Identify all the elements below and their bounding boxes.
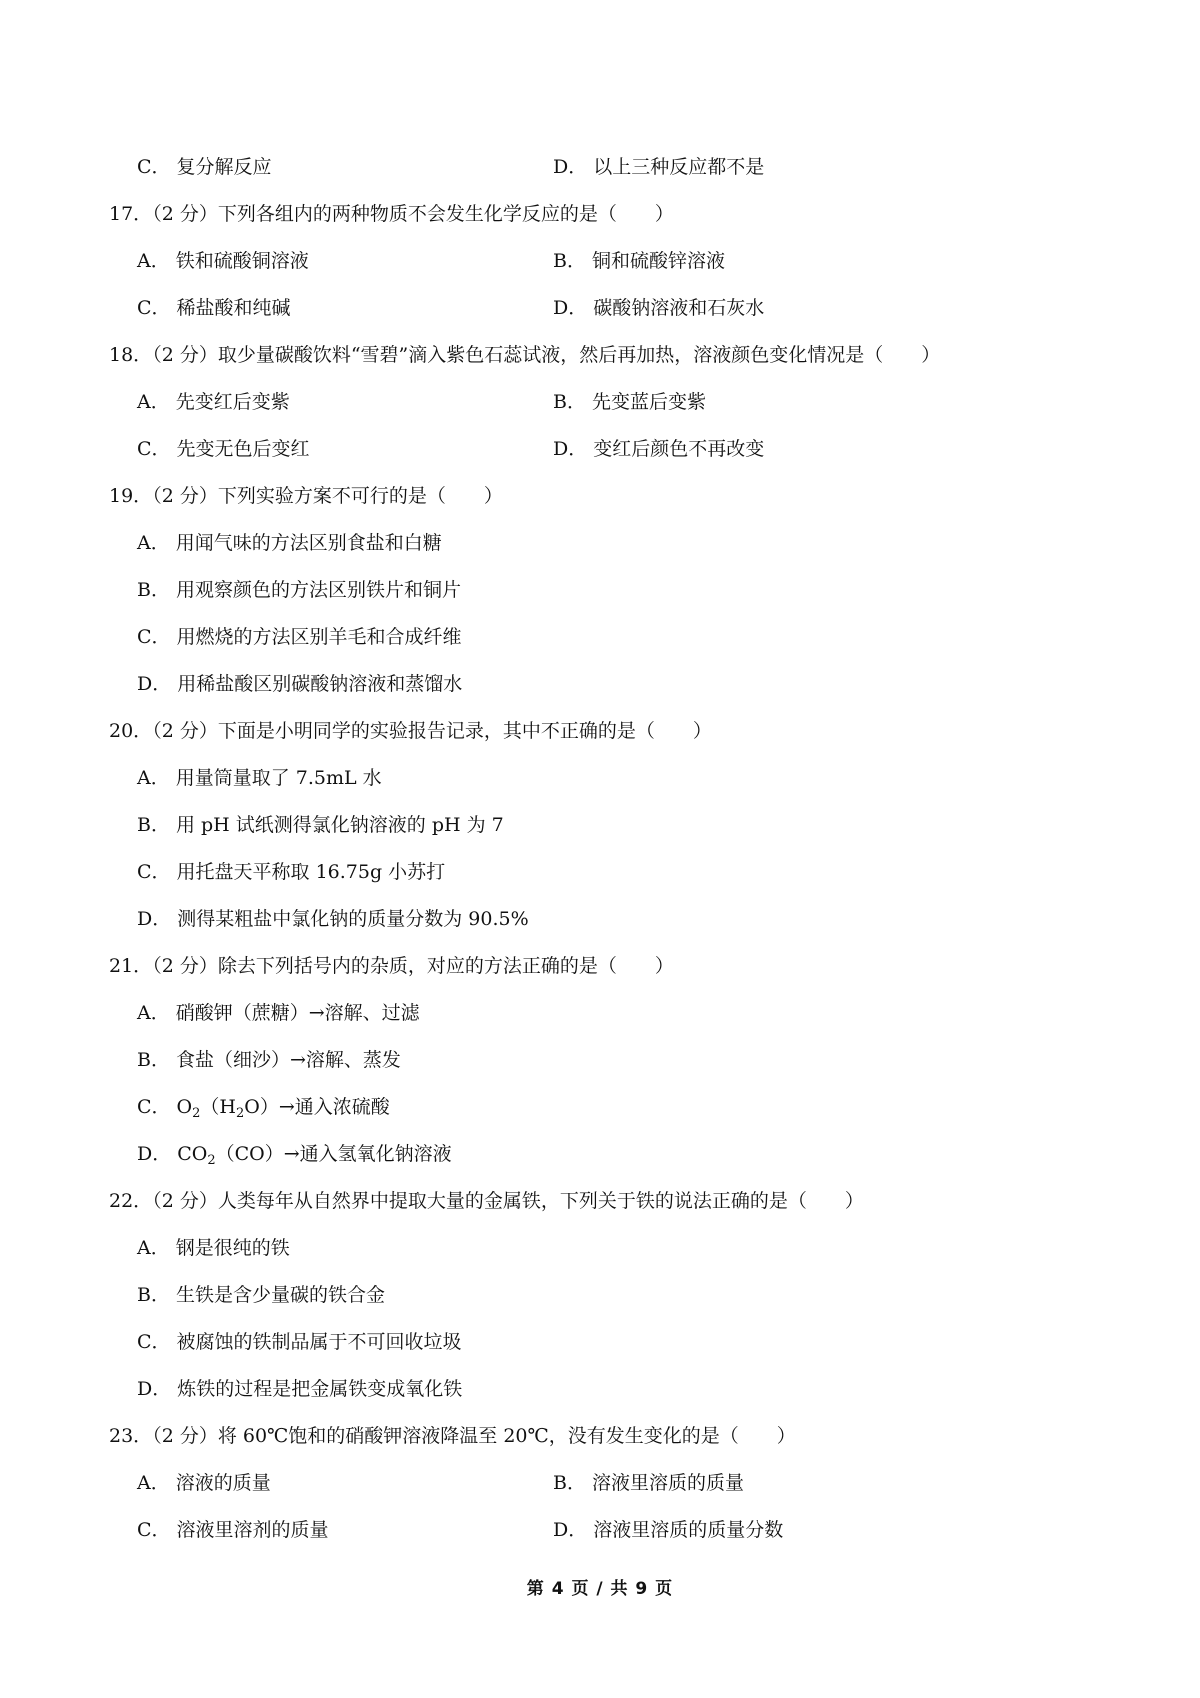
option-text: 溶液里溶质的质量 xyxy=(592,1472,744,1494)
option-text: O）→通入浓硫酸 xyxy=(244,1096,390,1118)
question-points: （2 分） xyxy=(152,203,218,225)
option-text: 用 pH 试纸测得氯化钠溶液的 pH 为 7 xyxy=(176,814,504,836)
option-letter: D． xyxy=(137,1142,171,1166)
option-letter: A． xyxy=(137,766,170,790)
question-19-option-a: A．用闻气味的方法区别食盐和白糖 xyxy=(137,531,442,555)
question-text: 除去下列括号内的杂质，对应的方法正确的是（ ） xyxy=(218,955,674,977)
page-number-label: 第 4 页 / 共 9 页 xyxy=(527,1579,673,1599)
question-19-stem: 19．（2 分）下列实验方案不可行的是（ ） xyxy=(109,484,503,508)
question-19-option-d: D．用稀盐酸区别碳酸钠溶液和蒸馏水 xyxy=(137,672,462,696)
question-17-stem: 17．（2 分）下列各组内的两种物质不会发生化学反应的是（ ） xyxy=(109,202,674,226)
subscript: 2 xyxy=(207,1153,215,1168)
question-19-option-c: C．用燃烧的方法区别羊毛和合成纤维 xyxy=(137,625,462,649)
question-text: 人类每年从自然界中提取大量的金属铁，下列关于铁的说法正确的是（ ） xyxy=(218,1190,864,1212)
option-letter: B． xyxy=(553,249,586,273)
option-text: 用观察颜色的方法区别铁片和铜片 xyxy=(176,579,461,601)
question-22-option-a: A．钢是很纯的铁 xyxy=(137,1236,290,1260)
question-23-option-b: B．溶液里溶质的质量 xyxy=(553,1471,744,1495)
question-text: 下面是小明同学的实验报告记录，其中不正确的是（ ） xyxy=(218,720,712,742)
option-text: 测得某粗盐中氯化钠的质量分数为 90.5% xyxy=(177,908,528,930)
option-text: 硝酸钾（蔗糖）→溶解、过滤 xyxy=(176,1002,420,1024)
option-letter: D． xyxy=(137,672,171,696)
option-letter: C． xyxy=(137,437,171,461)
question-18-option-c: C．先变无色后变红 xyxy=(137,437,310,461)
question-points: （2 分） xyxy=(152,955,218,977)
option-letter: C． xyxy=(137,1330,171,1354)
exam-page: C．复分解反应 D．以上三种反应都不是 17．（2 分）下列各组内的两种物质不会… xyxy=(0,0,1200,1698)
option-text: 生铁是含少量碳的铁合金 xyxy=(176,1284,385,1306)
question-points: （2 分） xyxy=(152,720,218,742)
question-21-option-a: A．硝酸钾（蔗糖）→溶解、过滤 xyxy=(137,1001,420,1025)
question-points: （2 分） xyxy=(152,1190,218,1212)
option-text: 用稀盐酸区别碳酸钠溶液和蒸馏水 xyxy=(177,673,462,695)
option-letter: C． xyxy=(137,625,171,649)
question-22-stem: 22．（2 分）人类每年从自然界中提取大量的金属铁，下列关于铁的说法正确的是（ … xyxy=(109,1189,864,1213)
option-text: 铁和硫酸铜溶液 xyxy=(176,250,309,272)
option-letter: A． xyxy=(137,249,170,273)
option-text: 复分解反应 xyxy=(177,156,272,178)
question-23-stem: 23．（2 分）将 60℃饱和的硝酸钾溶液降温至 20℃，没有发生变化的是（ ） xyxy=(109,1424,796,1448)
option-letter: B． xyxy=(137,813,170,837)
option-text: 变红后颜色不再改变 xyxy=(593,438,764,460)
option-letter: D． xyxy=(137,907,171,931)
option-text: 先变无色后变红 xyxy=(177,438,310,460)
formula-o2: O xyxy=(177,1096,193,1118)
option-d: D．以上三种反应都不是 xyxy=(553,155,764,179)
question-21-option-c: C．O2（H2O）→通入浓硫酸 xyxy=(137,1095,390,1119)
formula-co2: CO xyxy=(177,1143,207,1165)
option-letter: A． xyxy=(137,390,170,414)
question-17-option-c: C．稀盐酸和纯碱 xyxy=(137,296,291,320)
option-text: 稀盐酸和纯碱 xyxy=(177,297,291,319)
option-letter: A． xyxy=(137,1236,170,1260)
option-letter: A． xyxy=(137,1001,170,1025)
question-21-option-b: B．食盐（细沙）→溶解、蒸发 xyxy=(137,1048,401,1072)
option-letter: B． xyxy=(553,390,586,414)
option-text: 用闻气味的方法区别食盐和白糖 xyxy=(176,532,442,554)
option-letter: D． xyxy=(553,296,587,320)
option-letter: D． xyxy=(553,155,587,179)
option-letter: B． xyxy=(137,1283,170,1307)
question-21-stem: 21．（2 分）除去下列括号内的杂质，对应的方法正确的是（ ） xyxy=(109,954,674,978)
question-17-option-a: A．铁和硫酸铜溶液 xyxy=(137,249,309,273)
option-text: 先变红后变紫 xyxy=(176,391,290,413)
formula-h2o: （H xyxy=(200,1096,236,1118)
option-letter: D． xyxy=(553,437,587,461)
question-17-option-d: D．碳酸钠溶液和石灰水 xyxy=(553,296,764,320)
option-text: 炼铁的过程是把金属铁变成氧化铁 xyxy=(177,1378,462,1400)
question-text: 将 60℃饱和的硝酸钾溶液降温至 20℃，没有发生变化的是（ ） xyxy=(218,1425,796,1447)
option-letter: B． xyxy=(137,1048,170,1072)
option-text: 以上三种反应都不是 xyxy=(593,156,764,178)
option-text: 被腐蚀的铁制品属于不可回收垃圾 xyxy=(177,1331,462,1353)
question-20-option-a: A．用量筒量取了 7.5mL 水 xyxy=(137,766,382,790)
option-text: 先变蓝后变紫 xyxy=(592,391,706,413)
option-letter: B． xyxy=(137,578,170,602)
question-22-option-b: B．生铁是含少量碳的铁合金 xyxy=(137,1283,385,1307)
question-points: （2 分） xyxy=(152,1425,218,1447)
option-letter: B． xyxy=(553,1471,586,1495)
option-letter: C． xyxy=(137,296,171,320)
option-text: 用燃烧的方法区别羊毛和合成纤维 xyxy=(177,626,462,648)
option-letter: A． xyxy=(137,1471,170,1495)
option-letter: C． xyxy=(137,155,171,179)
question-number: 20． xyxy=(109,720,152,742)
option-letter: A． xyxy=(137,531,170,555)
question-number: 21． xyxy=(109,955,152,977)
question-20-option-b: B．用 pH 试纸测得氯化钠溶液的 pH 为 7 xyxy=(137,813,504,837)
page-footer: 第 4 页 / 共 9 页 xyxy=(0,1574,1200,1599)
question-20-stem: 20．（2 分）下面是小明同学的实验报告记录，其中不正确的是（ ） xyxy=(109,719,712,743)
question-23-option-d: D．溶液里溶质的质量分数 xyxy=(553,1518,783,1542)
question-23-option-c: C．溶液里溶剂的质量 xyxy=(137,1518,329,1542)
option-text: 铜和硫酸锌溶液 xyxy=(592,250,725,272)
question-text: 取少量碳酸饮料“雪碧”滴入紫色石蕊试液，然后再加热，溶液颜色变化情况是（ ） xyxy=(218,344,940,366)
question-19-option-b: B．用观察颜色的方法区别铁片和铜片 xyxy=(137,578,461,602)
question-18-stem: 18．（2 分）取少量碳酸饮料“雪碧”滴入紫色石蕊试液，然后再加热，溶液颜色变化… xyxy=(109,343,940,367)
question-number: 19． xyxy=(109,485,152,507)
option-text: 用托盘天平称取 16.75g 小苏打 xyxy=(177,861,446,883)
option-letter: C． xyxy=(137,1518,171,1542)
question-23-option-a: A．溶液的质量 xyxy=(137,1471,271,1495)
option-text: （CO）→通入氢氧化钠溶液 xyxy=(216,1143,452,1165)
question-number: 17． xyxy=(109,203,152,225)
option-text: 碳酸钠溶液和石灰水 xyxy=(593,297,764,319)
option-text: 用量筒量取了 7.5mL 水 xyxy=(176,767,382,789)
question-21-option-d: D．CO2（CO）→通入氢氧化钠溶液 xyxy=(137,1142,452,1166)
question-17-option-b: B．铜和硫酸锌溶液 xyxy=(553,249,725,273)
option-text: 钢是很纯的铁 xyxy=(176,1237,290,1259)
question-number: 23． xyxy=(109,1425,152,1447)
option-text: 溶液的质量 xyxy=(176,1472,271,1494)
question-20-option-d: D．测得某粗盐中氯化钠的质量分数为 90.5% xyxy=(137,907,529,931)
question-18-option-b: B．先变蓝后变紫 xyxy=(553,390,706,414)
option-letter: C． xyxy=(137,1095,171,1119)
option-text: 溶液里溶质的质量分数 xyxy=(593,1519,783,1541)
option-letter: D． xyxy=(553,1518,587,1542)
question-18-option-a: A．先变红后变紫 xyxy=(137,390,290,414)
question-number: 18． xyxy=(109,344,152,366)
question-20-option-c: C．用托盘天平称取 16.75g 小苏打 xyxy=(137,860,445,884)
option-letter: C． xyxy=(137,860,171,884)
question-text: 下列各组内的两种物质不会发生化学反应的是（ ） xyxy=(218,203,674,225)
option-letter: D． xyxy=(137,1377,171,1401)
option-c: C．复分解反应 xyxy=(137,155,272,179)
option-text: 食盐（细沙）→溶解、蒸发 xyxy=(176,1049,401,1071)
option-text: 溶液里溶剂的质量 xyxy=(177,1519,329,1541)
question-18-option-d: D．变红后颜色不再改变 xyxy=(553,437,764,461)
question-points: （2 分） xyxy=(152,485,218,507)
question-number: 22． xyxy=(109,1190,152,1212)
question-text: 下列实验方案不可行的是（ ） xyxy=(218,485,503,507)
question-22-option-c: C．被腐蚀的铁制品属于不可回收垃圾 xyxy=(137,1330,462,1354)
question-points: （2 分） xyxy=(152,344,218,366)
question-22-option-d: D．炼铁的过程是把金属铁变成氧化铁 xyxy=(137,1377,462,1401)
